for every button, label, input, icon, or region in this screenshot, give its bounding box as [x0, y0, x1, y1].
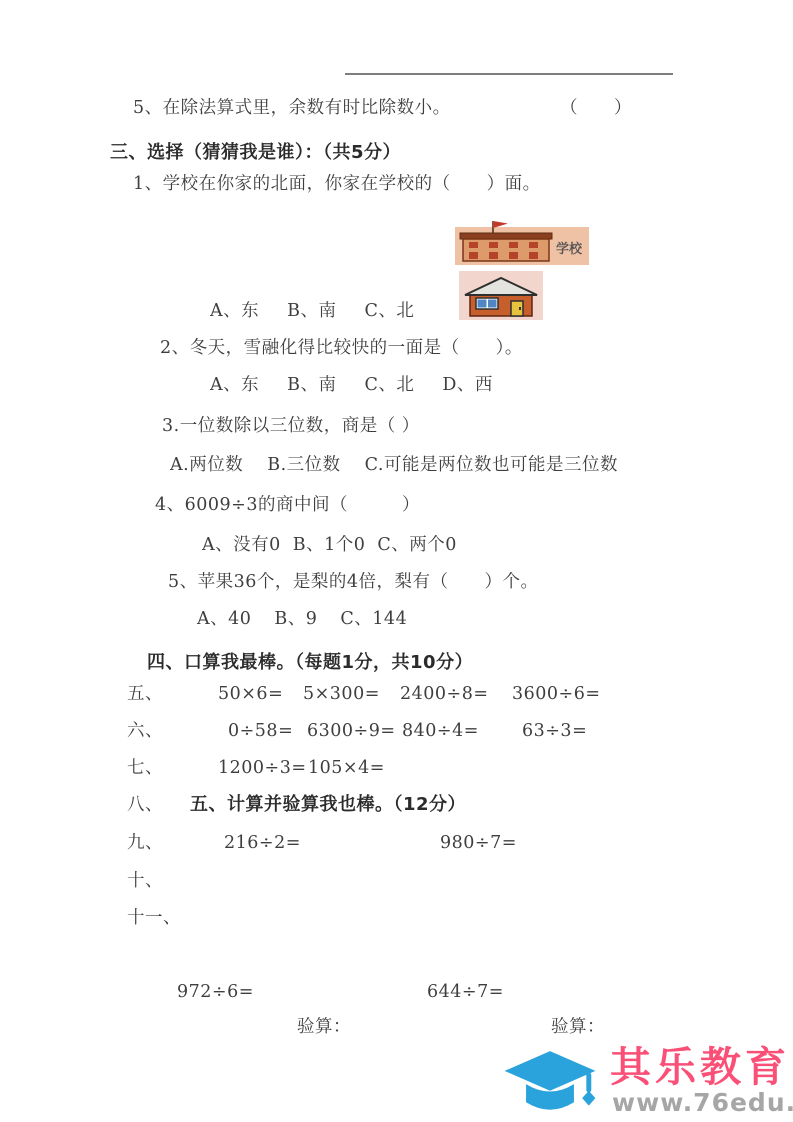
graduation-cap-icon: [498, 1038, 602, 1122]
calc-item: 0÷58=: [228, 723, 293, 741]
section-3-title: 三、选择（猜猜我是谁）：（共5分）: [110, 138, 401, 164]
option-b: B.三位数: [267, 457, 340, 475]
choice-question-5-options: A、40 B、9 C、144: [197, 611, 430, 629]
calc-item: 2400÷8=: [400, 686, 489, 704]
house-image: [459, 271, 543, 320]
calc-row-6: 六、 0÷58= 6300÷9= 840÷4= 63÷3=: [0, 723, 793, 743]
option-b: B、1个0: [293, 537, 366, 555]
option-b: B、南: [287, 377, 336, 395]
choice-question-5: 5、苹果36个，是梨的4倍，梨有（ ）个。: [168, 574, 539, 592]
calc-row-8: 八、 五、计算并验算我也棒。（12分）: [0, 797, 793, 819]
division-equation-1: 972÷6=: [177, 984, 254, 1002]
row-label: 八、: [127, 797, 163, 815]
calc-row-7: 七、 1200÷3= 105×4=: [0, 760, 793, 780]
choice-question-2-options: A、东 B、南 C、北 D、西: [210, 377, 521, 395]
choice-question-1-options: A、东 B、南 C、北: [210, 303, 442, 321]
judge-question-5: 5、在除法算式里，余数有时比除数小。: [133, 100, 451, 118]
calc-item: 63÷3=: [522, 723, 587, 741]
calc-item: 1200÷3=: [218, 760, 307, 778]
option-a: A、没有0: [202, 537, 281, 555]
school-illustration: 学校: [455, 221, 589, 269]
choice-question-4-options: A、没有0 B、1个0 C、两个0: [202, 537, 469, 555]
choice-question-3: 3.一位数除以三位数，商是（ ）: [162, 418, 420, 436]
option-c: C、北: [365, 303, 415, 321]
choice-question-3-options: A.两位数 B.三位数 C.可能是两位数也可能是三位数: [170, 457, 642, 475]
option-b: B、9: [274, 611, 317, 629]
header-divider-line: [345, 73, 673, 75]
option-c: C、两个0: [377, 537, 457, 555]
brand-url: www.76edu.com: [612, 1090, 793, 1115]
option-a: A、40: [197, 611, 251, 629]
option-c: C、北: [365, 377, 415, 395]
option-a: A.两位数: [170, 457, 243, 475]
school-building-image: 学校: [455, 221, 589, 265]
house-illustration: [459, 271, 543, 324]
calc-item: 50×6=: [218, 686, 283, 704]
choice-question-2: 2、冬天，雪融化得比较快的一面是（ ）。: [160, 340, 523, 358]
division-equation-2: 644÷7=: [427, 984, 504, 1002]
check-label-2: 验算：: [551, 1019, 605, 1037]
calc-item: 5×300=: [303, 686, 380, 704]
choice-question-1: 1、学校在你家的北面，你家在学校的（ ）面。: [133, 176, 541, 194]
brand-name: 其乐教育: [610, 1047, 790, 1088]
row-label: 七、: [127, 760, 163, 778]
calc-row-9: 九、 216÷2= 980÷7=: [0, 835, 793, 855]
calc-item: 105×4=: [308, 760, 385, 778]
calc-item: 216÷2=: [224, 835, 301, 853]
option-c: C.可能是两位数也可能是三位数: [365, 457, 618, 475]
judge-question-5-answer-blank: （ ）: [560, 100, 632, 118]
brand-logo: [498, 1038, 602, 1122]
option-a: A、东: [210, 377, 259, 395]
calc-item: 6300÷9=: [307, 723, 396, 741]
school-image-label: 学校: [556, 241, 583, 257]
option-a: A、东: [210, 303, 259, 321]
calc-item: 3600÷6=: [512, 686, 601, 704]
section-5-title: 五、计算并验算我也棒。（12分）: [190, 796, 466, 814]
option-b: B、南: [287, 303, 336, 321]
calc-row-10-label: 十、: [127, 873, 163, 891]
calc-item: 980÷7=: [440, 835, 517, 853]
calc-row-11-label: 十一、: [127, 910, 181, 928]
calc-row-5: 五、 50×6= 5×300= 2400÷8= 3600÷6=: [0, 686, 793, 706]
section-4-title: 四、口算我最棒。（每题1分，共10分）: [147, 648, 473, 674]
row-label: 九、: [127, 835, 163, 853]
row-label: 六、: [127, 723, 163, 741]
worksheet-page: 5、在除法算式里，余数有时比除数小。 （ ） 三、选择（猜猜我是谁）：（共5分）…: [0, 0, 793, 1122]
row-label: 五、: [127, 686, 163, 704]
option-c: C、144: [340, 611, 407, 629]
calc-item: 840÷4=: [402, 723, 479, 741]
choice-question-4: 4、6009÷3的商中间（ ）: [155, 497, 420, 515]
check-label-1: 验算：: [297, 1019, 351, 1037]
option-d: D、西: [442, 377, 493, 395]
